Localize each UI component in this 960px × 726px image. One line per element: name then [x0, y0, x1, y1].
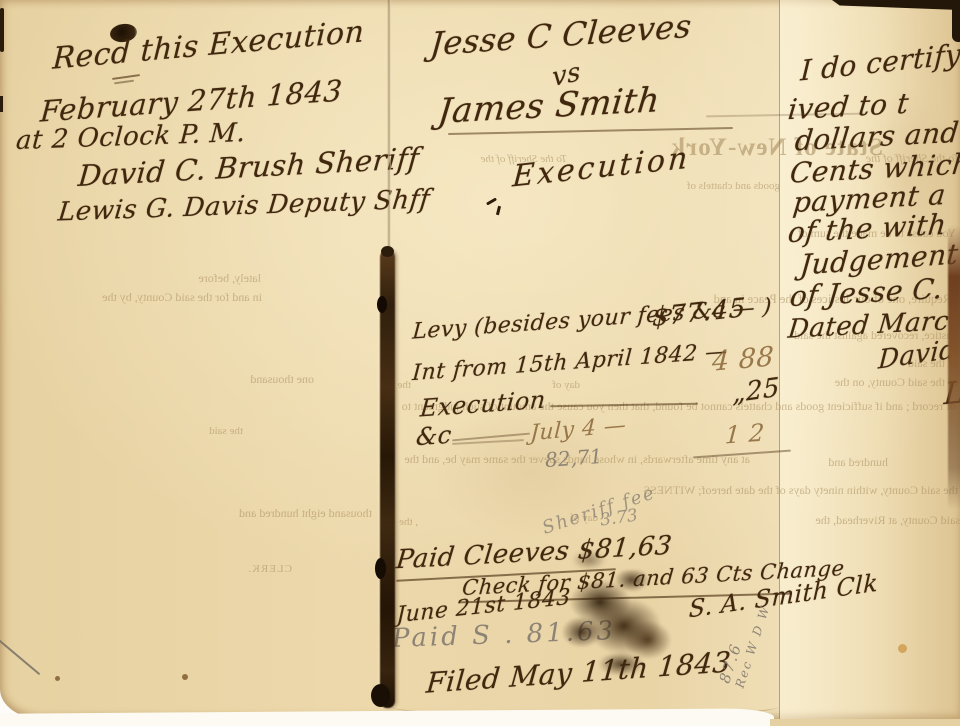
- fold-tear-spot: [377, 296, 387, 313]
- paper-stain: [182, 674, 188, 680]
- fee-interest-amount: 4 88: [711, 341, 775, 378]
- ghost-print-line: thousand eight hundred and: [184, 506, 372, 521]
- fold-crease: [387, 0, 391, 258]
- torn-edge-streak: [948, 225, 960, 510]
- fold-tear-spot: [371, 684, 390, 707]
- ghost-print-line: goods and chattels of: [628, 180, 780, 192]
- paper-stain: [55, 676, 60, 681]
- paper-bottom-edge: [770, 719, 960, 726]
- ghost-print-line: hundred and: [786, 455, 888, 470]
- pencil-total: 82,71: [544, 444, 603, 472]
- ghost-print-line: in and for the said County, by the: [42, 290, 262, 305]
- ghost-print-line: CLERK.: [230, 563, 292, 575]
- ghost-print-line: said County, at Riverhead, the: [786, 513, 960, 528]
- ghost-print-line: the said County, within ninety days of t…: [400, 483, 958, 498]
- fee-etc-amount: 1 2: [724, 419, 766, 450]
- fee-etc-label: &c: [415, 421, 453, 452]
- scan-edge-right: [952, 0, 960, 42]
- ghost-print-line: the said: [183, 425, 243, 437]
- fold-tear-strip: [380, 250, 395, 708]
- ghost-print-line: of the said County, on the: [788, 375, 958, 390]
- scanned-document-canvas: State of New-York To the Sheriff of the …: [0, 0, 960, 726]
- ink-blot-tail: [598, 652, 644, 676]
- scan-edge-left: [0, 8, 4, 52]
- scan-edge-left: [0, 96, 3, 112]
- fold-tear-spot: [381, 246, 394, 257]
- ghost-print-line: at any time afterwards, in whose hands s…: [100, 452, 750, 467]
- ink-blot-smudge: [572, 550, 606, 570]
- ghost-print-line: one thousand: [186, 372, 314, 387]
- fold-tear-spot: [375, 558, 386, 579]
- paper-stain: [898, 644, 907, 653]
- ghost-print-line: lately, before: [185, 271, 261, 286]
